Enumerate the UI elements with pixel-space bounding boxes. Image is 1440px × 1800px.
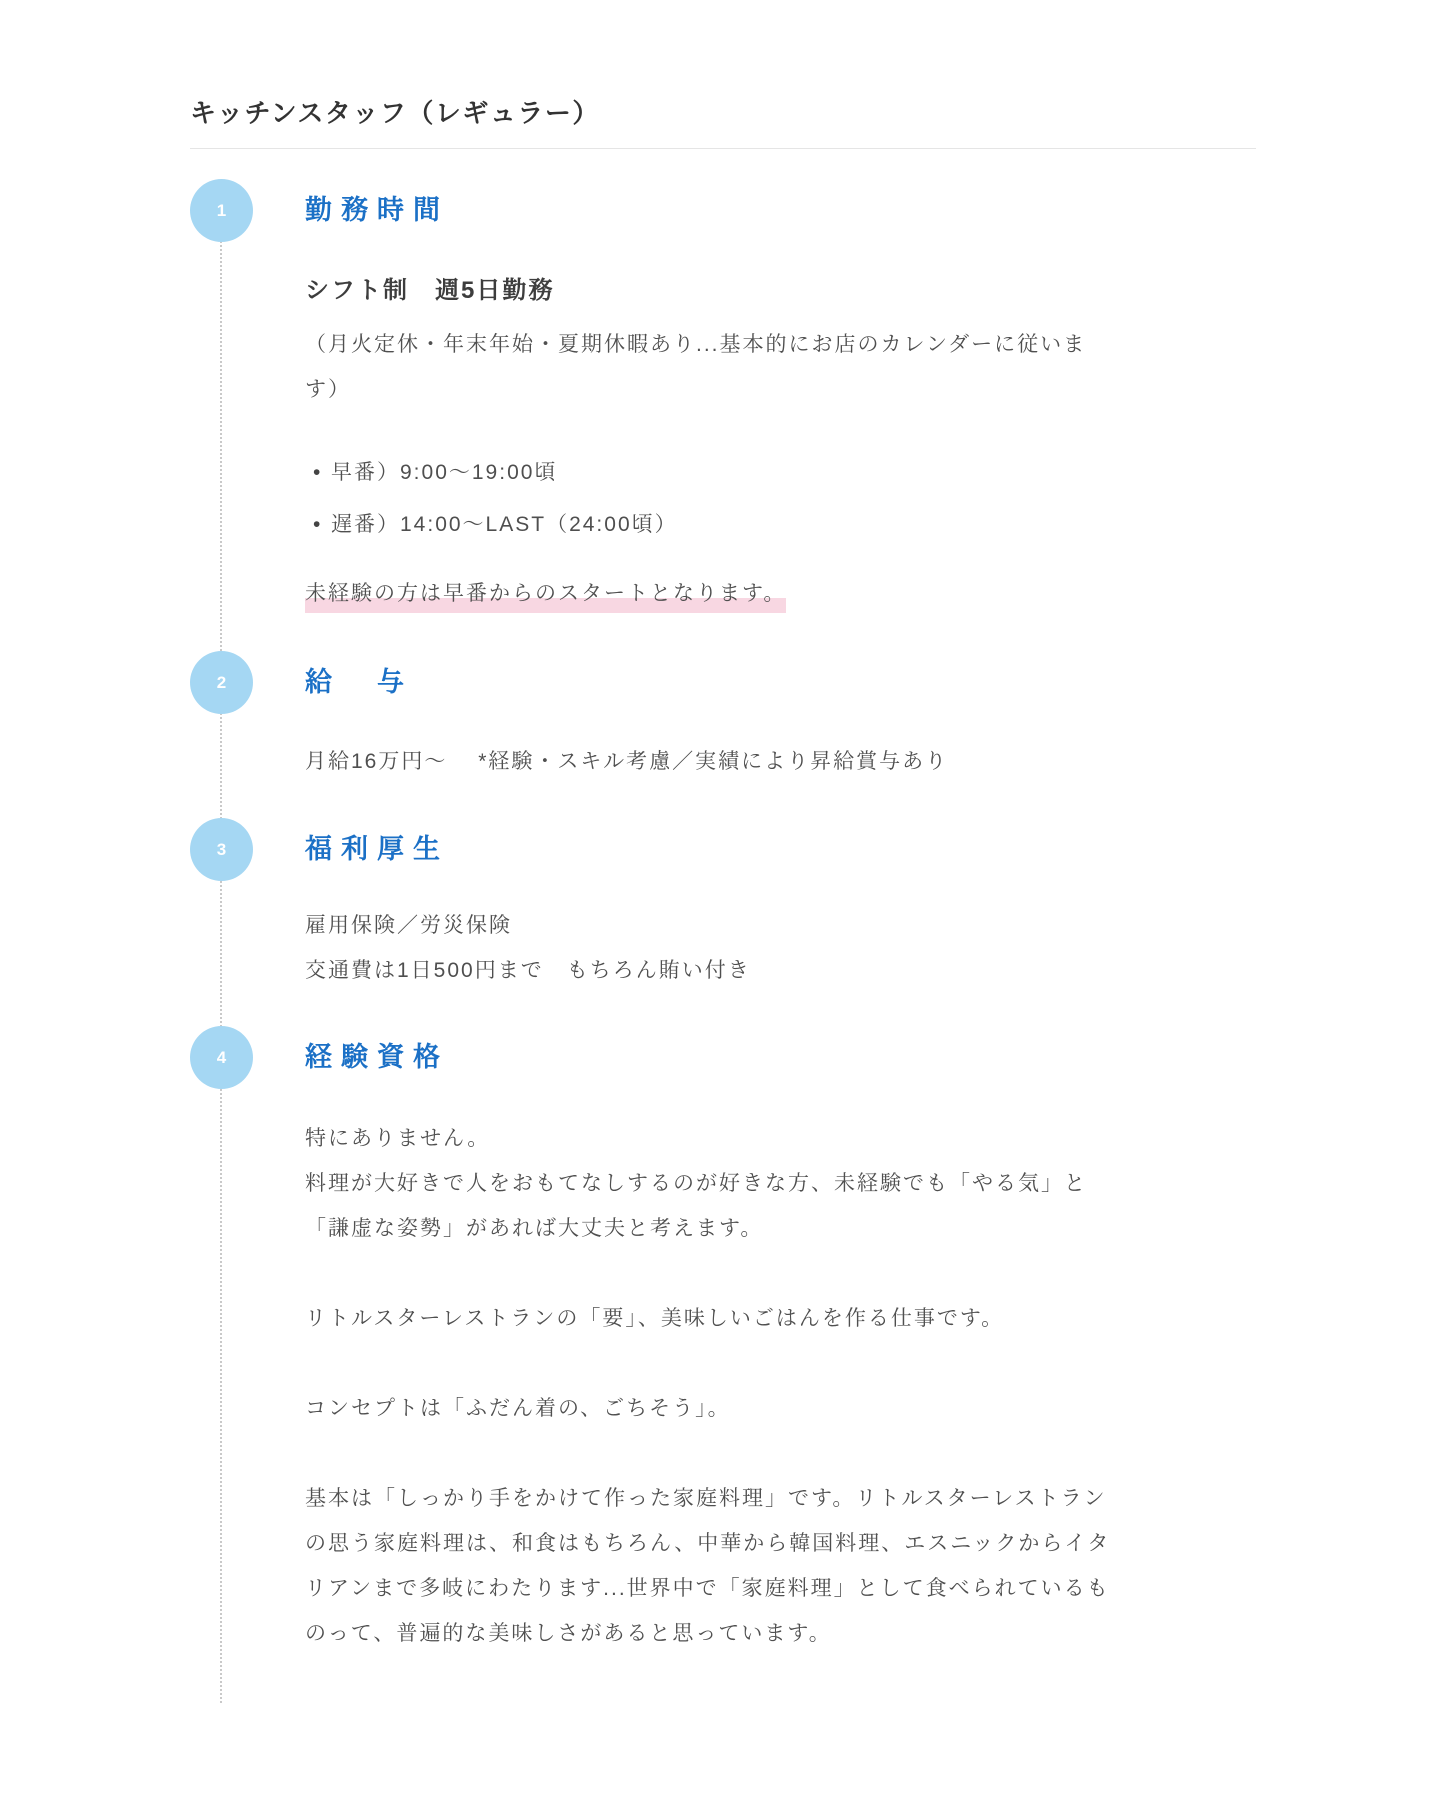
qualification-paragraph: 基本は「しっかり手をかけて作った家庭料理」です。リトルスターレストラン の思う家…	[305, 1476, 1256, 1656]
section-benefits: 3 福利厚生 雇用保険／労災保険 交通費は1日500円まで もちろん賄い付き	[190, 818, 1256, 993]
section-heading-salary: 給 与	[305, 651, 1256, 714]
salary-text: 月給16万円〜 *経験・スキル考慮／実績により昇給賞与あり	[305, 739, 1256, 784]
number-badge: 4	[190, 1026, 253, 1089]
qualification-paragraph: リトルスターレストランの「要」、美味しいごはんを作る仕事です。	[305, 1296, 1256, 1341]
benefits-text: 雇用保険／労災保険 交通費は1日500円まで もちろん賄い付き	[305, 903, 1256, 993]
number-badge: 1	[190, 179, 253, 242]
section-salary: 2 給 与 月給16万円〜 *経験・スキル考慮／実績により昇給賞与あり	[190, 651, 1256, 784]
shift-lead: シフト制 週5日勤務	[305, 276, 1256, 306]
section-heading-qualifications: 経験資格	[305, 1026, 1256, 1089]
job-posting-document: キッチンスタッフ（レギュラー） 1 勤務時間 シフト制 週5日勤務 （月火定休・…	[190, 0, 1256, 1656]
section-work-hours: 1 勤務時間 シフト制 週5日勤務 （月火定休・年末年始・夏期休暇あり...基本…	[190, 179, 1256, 609]
section-qualifications: 4 経験資格 特にありません。 料理が大好きで人をおもてなしするのが好きな方、未…	[190, 1026, 1256, 1656]
shift-list-item-early: 早番）9:00〜19:00頃	[305, 458, 1256, 488]
badge-number: 1	[217, 201, 226, 221]
title-divider	[190, 148, 1256, 149]
section-heading-benefits: 福利厚生	[305, 818, 1256, 881]
shift-list-item-late: 遅番）14:00〜LAST（24:00頃）	[305, 510, 1256, 540]
badge-number: 3	[217, 840, 226, 860]
number-badge: 3	[190, 818, 253, 881]
section-timeline: 1 勤務時間 シフト制 週5日勤務 （月火定休・年末年始・夏期休暇あり...基本…	[190, 179, 1256, 1656]
page-title: キッチンスタッフ（レギュラー）	[190, 0, 1256, 130]
beginner-note: 未経験の方は早番からのスタートとなります。	[305, 579, 1256, 609]
badge-number: 2	[217, 673, 226, 693]
section-heading-work-hours: 勤務時間	[305, 179, 1256, 242]
shift-list: 早番）9:00〜19:00頃 遅番）14:00〜LAST（24:00頃）	[305, 458, 1256, 540]
badge-number: 4	[217, 1048, 226, 1068]
pink-highlight: 未経験の方は早番からのスタートとなります。	[305, 582, 786, 613]
number-badge: 2	[190, 651, 253, 714]
shift-note: （月火定休・年末年始・夏期休暇あり...基本的にお店のカレンダーに従いま す）	[305, 322, 1256, 412]
qualification-paragraph: 特にありません。 料理が大好きで人をおもてなしするのが好きな方、未経験でも「やる…	[305, 1116, 1256, 1251]
qualification-paragraph: コンセプトは「ふだん着の、ごちそう」。	[305, 1386, 1256, 1431]
